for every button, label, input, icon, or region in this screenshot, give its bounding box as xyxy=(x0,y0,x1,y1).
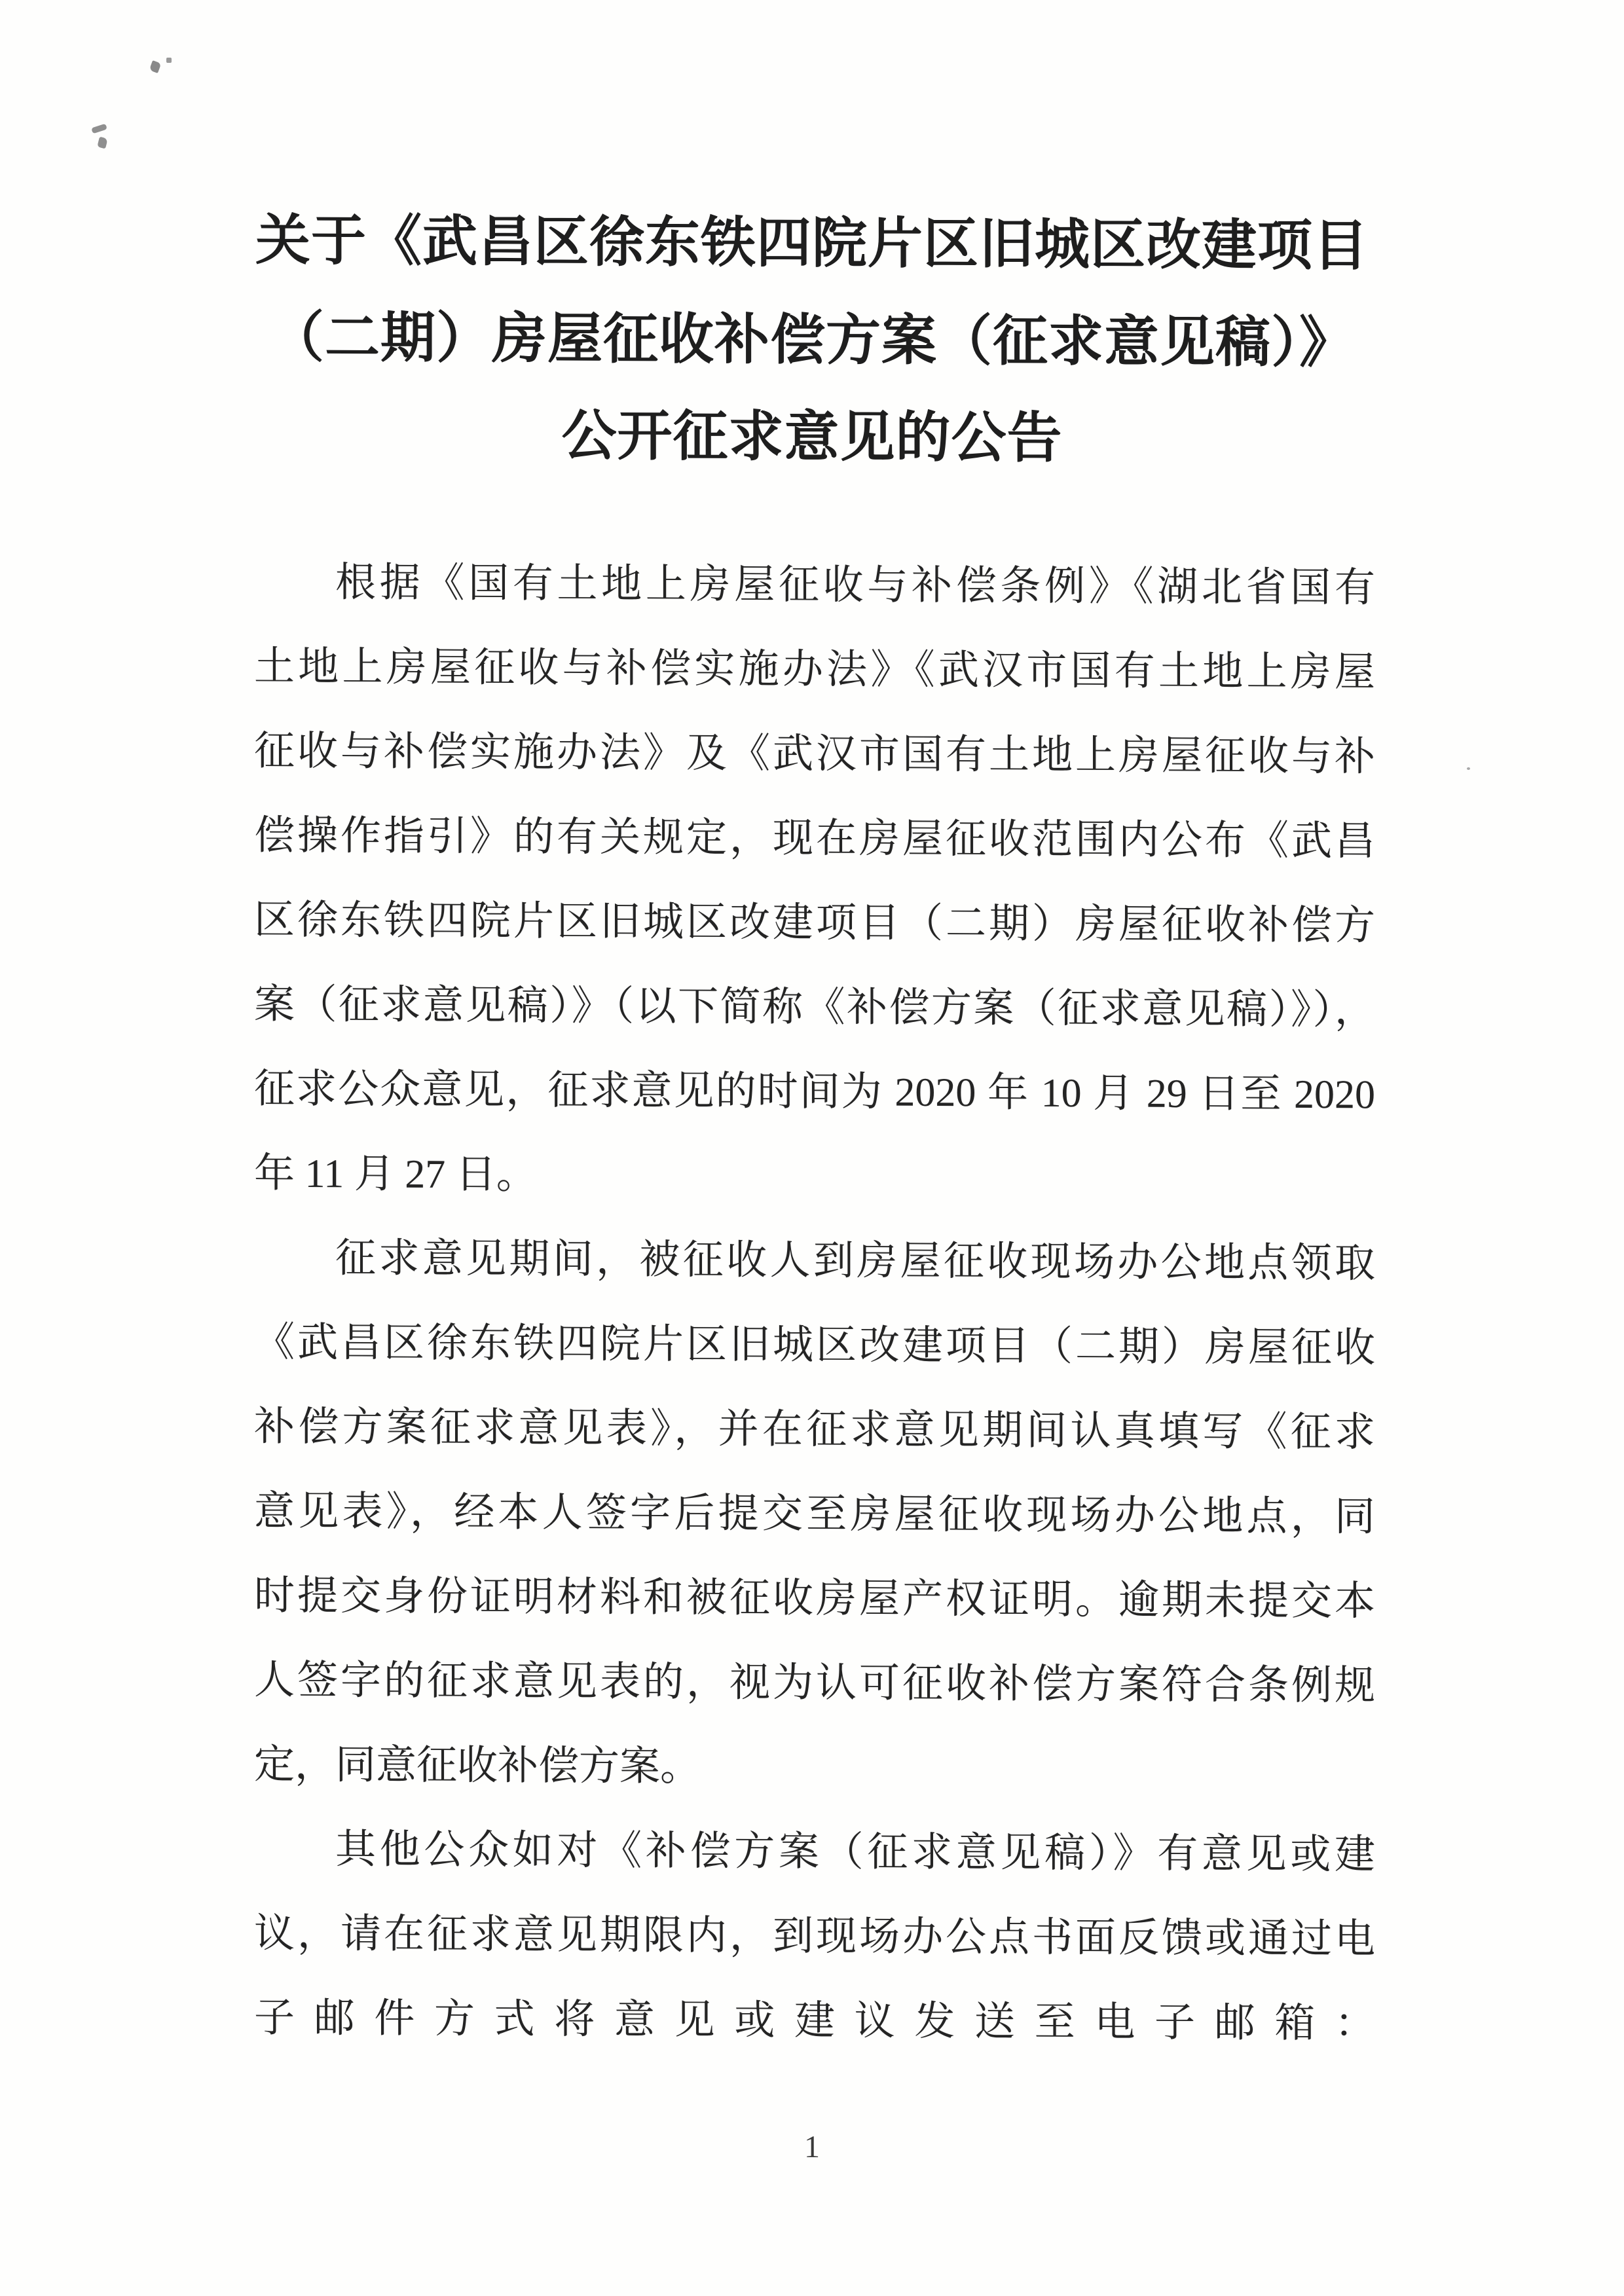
body-line: 意见表》，经本人签字后提交至房屋征收现场办公地点，同 xyxy=(254,1470,1375,1560)
body-line: 征收与补偿实施办法》及《武汉市国有土地上房屋征收与补 xyxy=(254,710,1375,800)
paragraph: 根据《国有土地上房屋征收与补偿条例》《湖北省国有 土地上房屋征收与补偿实施办法》… xyxy=(254,541,1375,1222)
title-line-1: 关于《武昌区徐东铁四院片区旧城区改建项目 xyxy=(0,191,1624,296)
body-line: 《武昌区徐东铁四院片区旧城区改建项目（二期）房屋征收 xyxy=(254,1301,1375,1391)
title-line-3: 公开征求意见的公告 xyxy=(0,384,1624,490)
body-line: 补偿方案征求意见表》，并在征求意见期间认真填写《征求 xyxy=(254,1385,1375,1476)
body-line: 区徐东铁四院片区旧城区改建项目（二期）房屋征收补偿方 xyxy=(254,879,1375,969)
body-line: 其他公众如对《补偿方案（征求意见稿）》有意见或建 xyxy=(254,1808,1375,1898)
page-number: 1 xyxy=(0,2125,1624,2170)
notice-title: 关于《武昌区徐东铁四院片区旧城区改建项目 （二期）房屋征收补偿方案（征求意见稿）… xyxy=(0,191,1624,490)
body-line: 征求公众意见，征求意见的时间为 2020 年 10 月 29 日至 2020 xyxy=(254,1048,1375,1138)
body-line: 偿操作指引》的有关规定，现在房屋征收范围内公布《武昌 xyxy=(254,794,1375,884)
page-content: 关于《武昌区徐东铁四院片区旧城区改建项目 （二期）房屋征收补偿方案（征求意见稿）… xyxy=(0,0,1624,2296)
body-line: 根据《国有土地上房屋征收与补偿条例》《湖北省国有 xyxy=(254,541,1375,631)
notice-body: 根据《国有土地上房屋征收与补偿条例》《湖北省国有 土地上房屋征收与补偿实施办法》… xyxy=(254,541,1375,2067)
body-line: 土地上房屋征收与补偿实施办法》《武汉市国有土地上房屋 xyxy=(254,625,1375,716)
title-line-2: （二期）房屋征收补偿方案（征求意见稿）》 xyxy=(0,287,1624,393)
body-line: 定，同意征收补偿方案。 xyxy=(254,1723,1375,1813)
body-line: 子邮件方式将意见或建议发送至电子邮箱： xyxy=(254,1977,1375,2067)
body-line: 议，请在征求意见期限内，到现场办公点书面反馈或通过电 xyxy=(254,1892,1375,1982)
paragraph: 其他公众如对《补偿方案（征求意见稿）》有意见或建 议，请在征求意见期限内，到现场… xyxy=(254,1808,1375,2067)
paragraph: 征求意见期间，被征收人到房屋征收现场办公地点领取 《武昌区徐东铁四院片区旧城区改… xyxy=(254,1216,1375,1813)
body-line: 人签字的征求意见表的，视为认可征收补偿方案符合条例规 xyxy=(254,1639,1375,1729)
body-line: 时提交身份证明材料和被征收房屋产权证明。逾期未提交本 xyxy=(254,1554,1375,1645)
document-page: 关于《武昌区徐东铁四院片区旧城区改建项目 （二期）房屋征收补偿方案（征求意见稿）… xyxy=(0,0,1624,2296)
body-line: 征求意见期间，被征收人到房屋征收现场办公地点领取 xyxy=(254,1216,1375,1307)
body-line: 年 11 月 27 日。 xyxy=(254,1132,1375,1222)
body-line: 案（征求意见稿）》（以下简称《补偿方案（征求意见稿）》）， xyxy=(254,963,1375,1053)
